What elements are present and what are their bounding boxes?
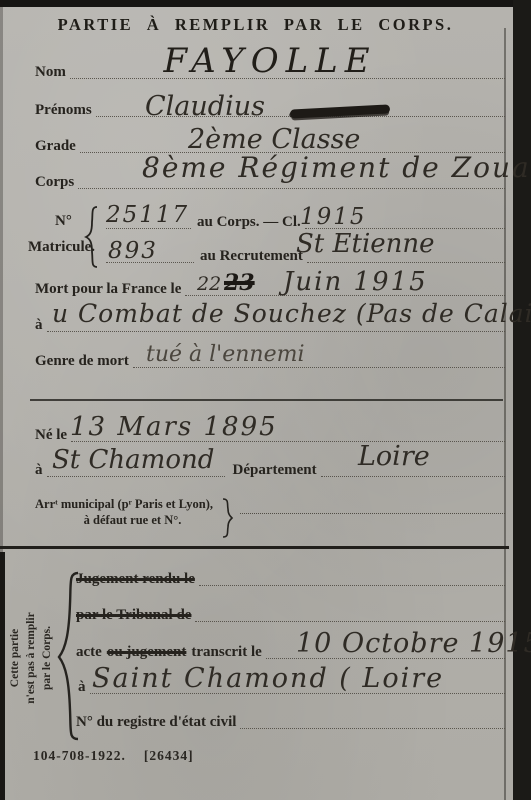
- au-recrutement-label: au Recrutement: [200, 248, 303, 265]
- sidebar-note: Cette partie n'est pas à remplir par le …: [2, 580, 60, 736]
- matricule-recr-number: 893: [108, 240, 158, 263]
- nom-value: FAYOLLE: [140, 44, 400, 78]
- mort-lieu-value: u Combat de Souchez (Pas de Calais: [52, 301, 531, 326]
- tribunal-label: par le Tribunal de: [76, 607, 191, 624]
- registre-label: N° du registre d'état civil: [76, 714, 236, 731]
- field-tribunal-row: par le Tribunal de: [76, 602, 505, 624]
- arrondissement-label-line1: Arrᵗ municipal (pʳ Paris et Lyon),: [35, 496, 230, 512]
- acte-lieu-value: Saint Chamond ( Loire: [92, 665, 444, 692]
- arrondissement-label: Arrᵗ municipal (pʳ Paris et Lyon), à déf…: [35, 496, 230, 529]
- departement-line: [321, 476, 505, 477]
- section-divider-thick: [0, 546, 509, 549]
- ne-lieu-line: [47, 476, 225, 477]
- recrutement-value: St Etienne: [296, 231, 435, 257]
- arrondissement-line: [240, 513, 505, 514]
- print-code-number: 104-708-1922.: [33, 748, 126, 763]
- arrondissement-brace: [221, 497, 234, 539]
- matricule-corps-number-line: [106, 228, 191, 229]
- corps-value: 8ème Régiment de Zouaves: [142, 154, 531, 182]
- page-title: PARTIE À REMPLIR PAR LE CORPS.: [10, 15, 501, 35]
- mort-lieu-line: [47, 331, 506, 332]
- corps-line: [78, 188, 505, 189]
- grade-label: Grade: [35, 138, 76, 155]
- acte-label-part1: acte: [76, 644, 102, 661]
- arrondissement-label-line2: à défaut rue et N°.: [35, 512, 230, 528]
- departement-label: Département: [233, 462, 317, 479]
- mort-date-value: Juin 1915: [283, 269, 428, 295]
- matricule-corps-number: 25117: [106, 204, 189, 227]
- field-registre-row: N° du registre d'état civil: [76, 709, 505, 731]
- military-death-record-card: PARTIE À REMPLIR PAR LE CORPS. Nom FAYOL…: [0, 0, 531, 800]
- ne-label: Né le: [35, 427, 67, 444]
- registre-line: [240, 728, 505, 729]
- scan-edge-top: [0, 0, 531, 7]
- genre-line: [133, 367, 505, 368]
- acte-date-value: 10 Octobre 1915: [296, 630, 531, 657]
- ne-value: 13 Mars 1895: [70, 414, 278, 440]
- genre-value: tué à l'ennemi: [146, 344, 305, 366]
- sidebar-note-text: Cette partie n'est pas à remplir par le …: [7, 582, 55, 734]
- field-jugement-row: Jugement rendu le: [76, 566, 505, 588]
- corps-label: Corps: [35, 174, 74, 191]
- section-divider: [30, 399, 503, 401]
- acte-lieu-label: à: [78, 679, 86, 696]
- matricule-no-label: N°: [55, 213, 72, 230]
- prenoms-label: Prénoms: [35, 102, 92, 119]
- jugement-label: Jugement rendu le: [76, 571, 195, 588]
- acte-label-struck: ou jugement: [107, 644, 187, 661]
- mort-day-struck-value: 23: [224, 272, 255, 294]
- departement-value: Loire: [358, 443, 430, 470]
- mort-day-value: 22: [197, 275, 221, 294]
- scan-edge-right: [513, 0, 531, 800]
- mort-lieu-label: à: [35, 317, 43, 334]
- ne-lieu-label: à: [35, 462, 43, 479]
- mort-label: Mort pour la France le: [35, 281, 181, 298]
- prenoms-value: Claudius: [145, 93, 265, 120]
- print-code-ref: [26434]: [144, 748, 194, 763]
- sidebar-note-line1: Cette partie: [7, 582, 23, 734]
- tribunal-line: [195, 621, 505, 622]
- grade-value: 2ème Classe: [188, 126, 360, 153]
- classe-value: 1915: [300, 206, 367, 229]
- au-corps-label: au Corps. — Cl.: [197, 214, 301, 231]
- field-mort-row: Mort pour la France le: [35, 276, 505, 298]
- jugement-line: [199, 585, 505, 586]
- recrutement-line: [307, 262, 505, 263]
- sidebar-note-line3: par le Corps.: [39, 582, 55, 734]
- genre-label: Genre de mort: [35, 353, 129, 370]
- sidebar-note-line2: n'est pas à remplir: [23, 582, 39, 734]
- print-code: 104-708-1922.[26434]: [33, 748, 212, 764]
- acte-label-part2: transcrit le: [191, 644, 261, 661]
- matricule-brace: [84, 205, 99, 269]
- nom-label: Nom: [35, 64, 66, 81]
- ne-lieu-value: St Chamond: [52, 447, 214, 473]
- field-prenoms-row: Prénoms: [35, 97, 505, 119]
